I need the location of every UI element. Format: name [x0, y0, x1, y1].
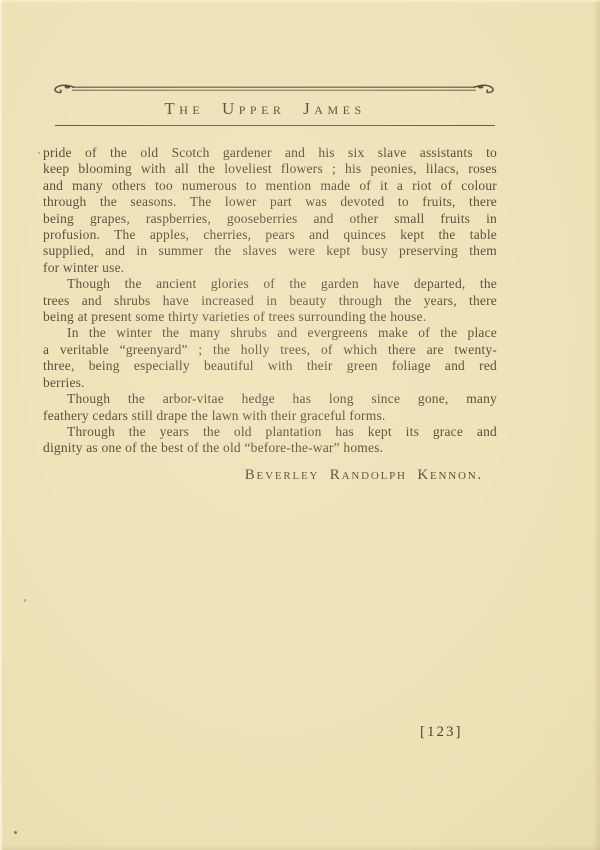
scan-speck — [38, 152, 40, 154]
text-line: pride of the old Scotch gardener and his… — [43, 145, 497, 161]
text-line: feathery cedars still drape the lawn wit… — [43, 408, 497, 424]
text-line: Through the years the old plantation has… — [43, 424, 497, 440]
text-line: a veritable “greenyard” ; the holly tree… — [43, 342, 497, 358]
body-text: pride of the old Scotch gardener and his… — [43, 145, 497, 457]
page-number: [123] — [420, 724, 463, 741]
page-title: The Upper James — [0, 99, 530, 119]
text-line: trees and shrubs have increased in beaut… — [43, 293, 497, 309]
decorative-rule — [48, 81, 500, 97]
text-line: and many others too numerous to mention … — [43, 178, 497, 194]
scan-speck — [14, 831, 17, 834]
text-line: for winter use. — [43, 260, 497, 276]
text-line: being grapes, raspberries, gooseberries … — [43, 211, 497, 227]
header-underline — [55, 125, 495, 126]
rule-ornament-left-icon — [55, 85, 74, 92]
text-line: berries. — [43, 375, 497, 391]
text-line: through the seasons. The lower part was … — [43, 194, 497, 210]
text-line: Though the ancient glories of the garden… — [43, 276, 497, 292]
scan-speck — [24, 599, 26, 602]
author-signature: Beverley Randolph Kennon. — [0, 467, 483, 484]
text-line: supplied, and in summer the slaves were … — [43, 243, 497, 259]
text-line: Though the arbor-vitae hedge has long si… — [43, 391, 497, 407]
text-line: keep blooming with all the loveliest flo… — [43, 161, 497, 177]
text-line: being at present some thirty varieties o… — [43, 309, 497, 325]
text-line: three, being especially beautiful with t… — [43, 358, 497, 374]
text-line: profusion. The apples, cherries, pears a… — [43, 227, 497, 243]
book-page: The Upper James pride of the old Scotch … — [0, 0, 600, 850]
text-line: In the winter the many shrubs and evergr… — [43, 325, 497, 341]
text-line: dignity as one of the best of the old “b… — [43, 440, 497, 456]
rule-ornament-right-icon — [474, 85, 493, 92]
